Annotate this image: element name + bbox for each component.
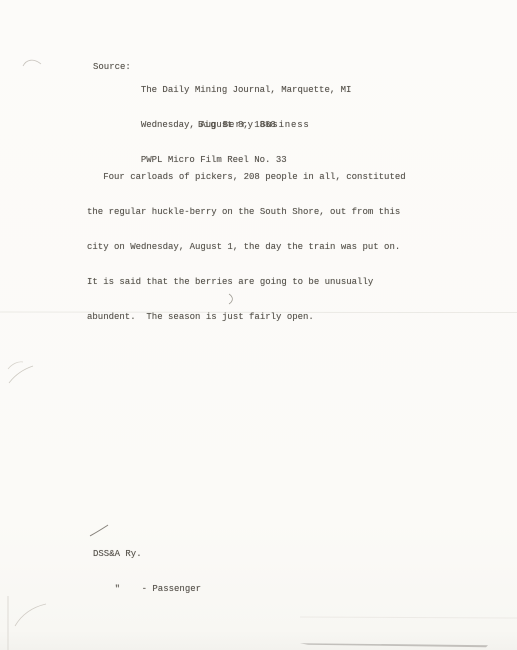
body-line: city on Wednesday, August 1, the day the… (87, 242, 406, 254)
ditto-passenger-line: " - Passenger (93, 584, 201, 596)
article-body: Four carloads of pickers, 208 people in … (87, 149, 406, 347)
left-edge-squiggle (9, 366, 33, 383)
bottom-left-arc-mark (15, 604, 46, 626)
scanned-document-page: Source: The Daily Mining Journal, Marque… (0, 0, 517, 650)
source-line-journal: The Daily Mining Journal, Marquette, MI (141, 85, 352, 97)
body-line: Four carloads of pickers, 208 people in … (87, 172, 406, 184)
left-edge-squiggle-2 (8, 362, 23, 369)
source-label: Source: (93, 62, 131, 74)
body-line: It is said that the berries are going to… (87, 277, 406, 289)
article-title: Big Berry Business (198, 120, 310, 132)
pencil-curve-mark (23, 60, 41, 66)
bottom-right-crease (300, 617, 517, 618)
railway-notation: DSS&A Ry. " - Passenger (93, 526, 201, 619)
body-line: abundent. The season is just fairly open… (87, 312, 406, 324)
body-line: the regular huckle-berry on the South Sh… (87, 207, 406, 219)
bottom-right-shadow (300, 643, 488, 647)
railway-name: DSS&A Ry. (93, 549, 201, 561)
